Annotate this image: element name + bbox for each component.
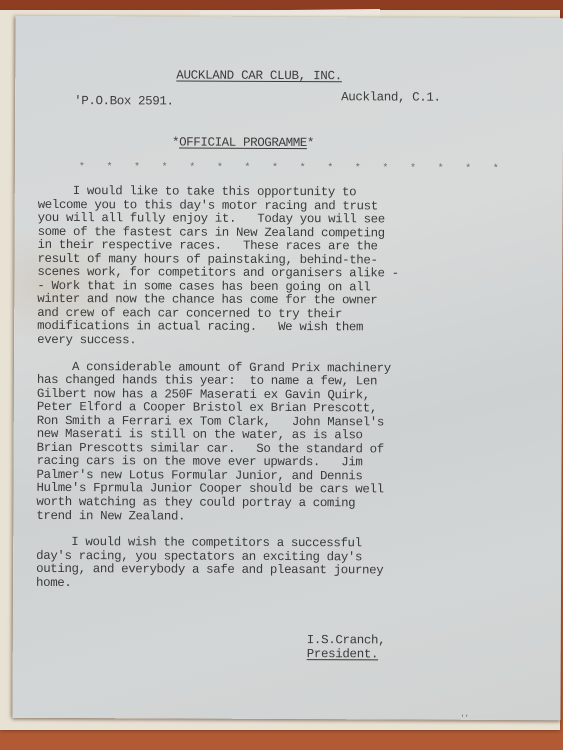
separator-star: * <box>438 164 444 175</box>
page-mark: '' <box>460 715 468 723</box>
separator-star: * <box>382 163 388 174</box>
official-programme-heading: *OFFICIAL PROGRAMME* <box>172 135 314 150</box>
separator-star: * <box>327 163 333 174</box>
separator-star: * <box>493 164 499 175</box>
club-title: AUCKLAND CAR CLUB, INC. <box>176 69 342 84</box>
programme-page: AUCKLAND CAR CLUB, INC. 'P.O.Box 2591. A… <box>12 16 563 720</box>
text-line: outing, and everybody a safe and pleasan… <box>36 563 476 578</box>
city-address: Auckland, C.1. <box>341 90 440 104</box>
letter-paragraph: I would wish the competitors a successfu… <box>36 536 476 592</box>
po-box-address: 'P.O.Box 2591. <box>74 94 173 108</box>
letter-paragraph: A considerable amount of Grand Prix mach… <box>36 360 477 524</box>
separator-star: * <box>465 164 471 175</box>
separator-star: * <box>300 163 306 174</box>
separator-star: * <box>106 162 112 173</box>
text-line: home. <box>36 577 476 592</box>
separator-star: * <box>355 163 361 174</box>
star-separator: **************** <box>79 162 499 175</box>
separator-star: * <box>272 163 278 174</box>
text-line: trend in New Zealand. <box>36 509 476 524</box>
heading-star-right: * <box>307 136 314 150</box>
signature-block: I.S.Cranch, President. <box>307 634 386 661</box>
separator-star: * <box>244 163 250 174</box>
text-line: every success. <box>37 334 477 349</box>
separator-star: * <box>134 162 140 173</box>
separator-star: * <box>410 164 416 175</box>
welcome-letter-body: I would like to take this opportunity to… <box>36 185 478 605</box>
signatory-role: President. <box>307 648 386 662</box>
separator-star: * <box>217 163 223 174</box>
heading-label: OFFICIAL PROGRAMME <box>179 136 307 151</box>
separator-star: * <box>162 162 168 173</box>
signatory-name: I.S.Cranch, <box>307 634 386 648</box>
letter-paragraph: I would like to take this opportunity to… <box>37 185 478 349</box>
separator-star: * <box>189 163 195 174</box>
separator-star: * <box>79 162 85 173</box>
